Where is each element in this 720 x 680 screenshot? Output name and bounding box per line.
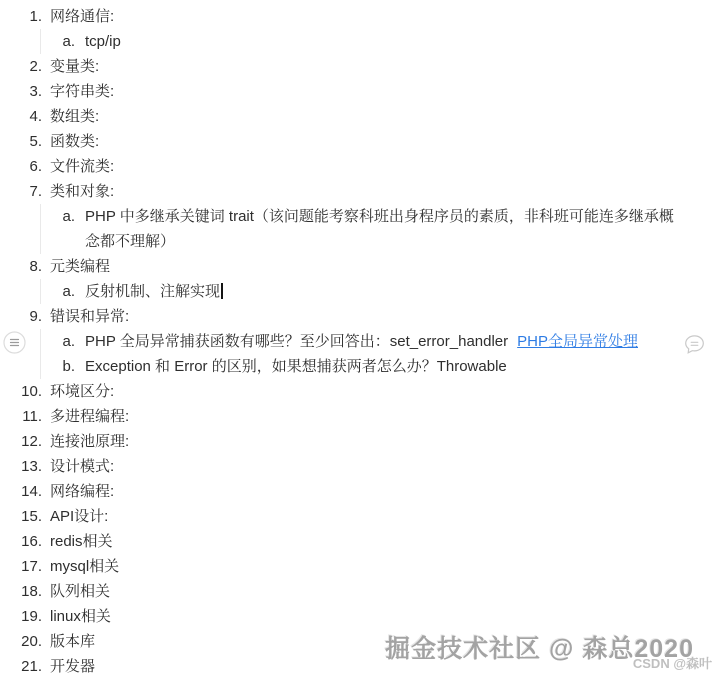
list-item-text: 函数类: <box>50 129 99 154</box>
hamburger-circle-icon <box>3 341 26 358</box>
list-item: 9. 错误和异常: a. PHP 全局异常捕获函数有哪些？至少回答出：set_e… <box>0 304 720 379</box>
list-item-marker: 19. <box>0 604 42 629</box>
text-cursor-caret <box>221 283 223 299</box>
list-item-text: 开发器 <box>50 654 95 679</box>
list-item-marker: 11. <box>0 404 42 429</box>
list-item: 11. 多进程编程: <box>0 404 720 429</box>
list-item: 19. linux相关 <box>0 604 720 629</box>
list-item: 1. 网络通信: a. tcp/ip <box>0 4 720 54</box>
sub-list: a. PHP 中多继承关键词 trait（该问题能考察科班出身程序员的素质，非科… <box>40 204 720 254</box>
list-item-text: 多进程编程: <box>50 404 129 429</box>
list-item-marker: 17. <box>0 554 42 579</box>
drag-handle-button[interactable] <box>3 331 26 358</box>
list-item-marker: 8. <box>0 254 42 279</box>
sub-item-text: 反射机制、注解实现 <box>85 279 223 304</box>
list-item-marker: 14. <box>0 479 42 504</box>
list-item: 13. 设计模式: <box>0 454 720 479</box>
speech-bubble-icon <box>683 343 706 360</box>
list-item: 16. redis相关 <box>0 529 720 554</box>
list-item-text: mysql相关 <box>50 554 119 579</box>
list-item: 7. 类和对象: a. PHP 中多继承关键词 trait（该问题能考察科班出身… <box>0 179 720 254</box>
list-item-text: 环境区分: <box>50 379 114 404</box>
sub-list-item: b. Exception 和 Error 的区别，如果想捕获两者怎么办？Thro… <box>41 354 720 379</box>
list-item-marker: 9. <box>0 304 42 329</box>
list-item: 12. 连接池原理: <box>0 429 720 454</box>
list-item-text: redis相关 <box>50 529 113 554</box>
sub-item-marker: b. <box>41 354 75 379</box>
list-item-text: 字符串类: <box>50 79 114 104</box>
list-item-marker: 13. <box>0 454 42 479</box>
list-item-text: 错误和异常: <box>50 304 129 329</box>
list-item: 10. 环境区分: <box>0 379 720 404</box>
sub-list-item: a. 反射机制、注解实现 <box>41 279 720 304</box>
list-item: 8. 元类编程 a. 反射机制、注解实现 <box>0 254 720 304</box>
list-item-marker: 1. <box>0 4 42 29</box>
sub-list: a. PHP 全局异常捕获函数有哪些？至少回答出：set_error_handl… <box>40 329 720 379</box>
list-item-marker: 7. <box>0 179 42 204</box>
sub-list-item: a. PHP 全局异常捕获函数有哪些？至少回答出：set_error_handl… <box>41 329 720 354</box>
list-item-text: 变量类: <box>50 54 99 79</box>
sub-item-text: tcp/ip <box>85 29 121 54</box>
list-item-text: 元类编程 <box>50 254 110 279</box>
sub-item-text-content: PHP 全局异常捕获函数有哪些？至少回答出：set_error_handler <box>85 333 508 350</box>
list-item-text: linux相关 <box>50 604 111 629</box>
list-item-text: 类和对象: <box>50 179 114 204</box>
list-item-text: 网络编程: <box>50 479 114 504</box>
list-item-marker: 21. <box>0 654 42 679</box>
list-item-marker: 6. <box>0 154 42 179</box>
list-item-text: API设计: <box>50 504 108 529</box>
sub-item-text: Exception 和 Error 的区别，如果想捕获两者怎么办？Throwab… <box>85 354 507 379</box>
sub-item-marker: a. <box>41 29 75 54</box>
list-item-marker: 18. <box>0 579 42 604</box>
list-item-marker: 10. <box>0 379 42 404</box>
list-item: 14. 网络编程: <box>0 479 720 504</box>
add-comment-button[interactable] <box>683 333 706 360</box>
list-item: 18. 队列相关 <box>0 579 720 604</box>
list-item: 6. 文件流类: <box>0 154 720 179</box>
list-item-text: 文件流类: <box>50 154 114 179</box>
list-item: 15. API设计: <box>0 504 720 529</box>
list-item-text: 连接池原理: <box>50 429 129 454</box>
list-item-marker: 2. <box>0 54 42 79</box>
list-item-text: 数组类: <box>50 104 99 129</box>
sub-item-marker: a. <box>41 329 75 354</box>
sub-item-marker: a. <box>41 204 75 254</box>
list-item: 4. 数组类: <box>0 104 720 129</box>
list-item-marker: 12. <box>0 429 42 454</box>
list-item-marker: 20. <box>0 629 42 654</box>
list-item: 2. 变量类: <box>0 54 720 79</box>
list-item-marker: 15. <box>0 504 42 529</box>
sub-list: a. tcp/ip <box>40 29 720 54</box>
php-global-exception-handling-link[interactable]: PHP全局异常处理 <box>517 333 638 350</box>
list-item: 17. mysql相关 <box>0 554 720 579</box>
list-item: 3. 字符串类: <box>0 79 720 104</box>
document-body: 1. 网络通信: a. tcp/ip 2. 变量类: 3. 字符串类: 4. 数… <box>0 0 720 679</box>
watermark-secondary: CSDN @森叶 <box>633 653 712 672</box>
list-item-marker: 5. <box>0 129 42 154</box>
sub-list-item: a. tcp/ip <box>41 29 720 54</box>
list-item-marker: 4. <box>0 104 42 129</box>
sub-item-marker: a. <box>41 279 75 304</box>
sub-item-text-content: 反射机制、注解实现 <box>85 283 220 300</box>
sub-item-text: PHP 中多继承关键词 trait（该问题能考察科班出身程序员的素质，非科班可能… <box>85 204 679 254</box>
list-item-marker: 16. <box>0 529 42 554</box>
list-item-text: 网络通信: <box>50 4 114 29</box>
list-item-marker: 3. <box>0 79 42 104</box>
sub-list-item: a. PHP 中多继承关键词 trait（该问题能考察科班出身程序员的素质，非科… <box>41 204 720 254</box>
sub-item-text: PHP 全局异常捕获函数有哪些？至少回答出：set_error_handlerP… <box>85 329 638 354</box>
list-item-text: 队列相关 <box>50 579 110 604</box>
list-item-text: 版本库 <box>50 629 95 654</box>
list-item: 5. 函数类: <box>0 129 720 154</box>
list-item-text: 设计模式: <box>50 454 114 479</box>
sub-list: a. 反射机制、注解实现 <box>40 279 720 304</box>
